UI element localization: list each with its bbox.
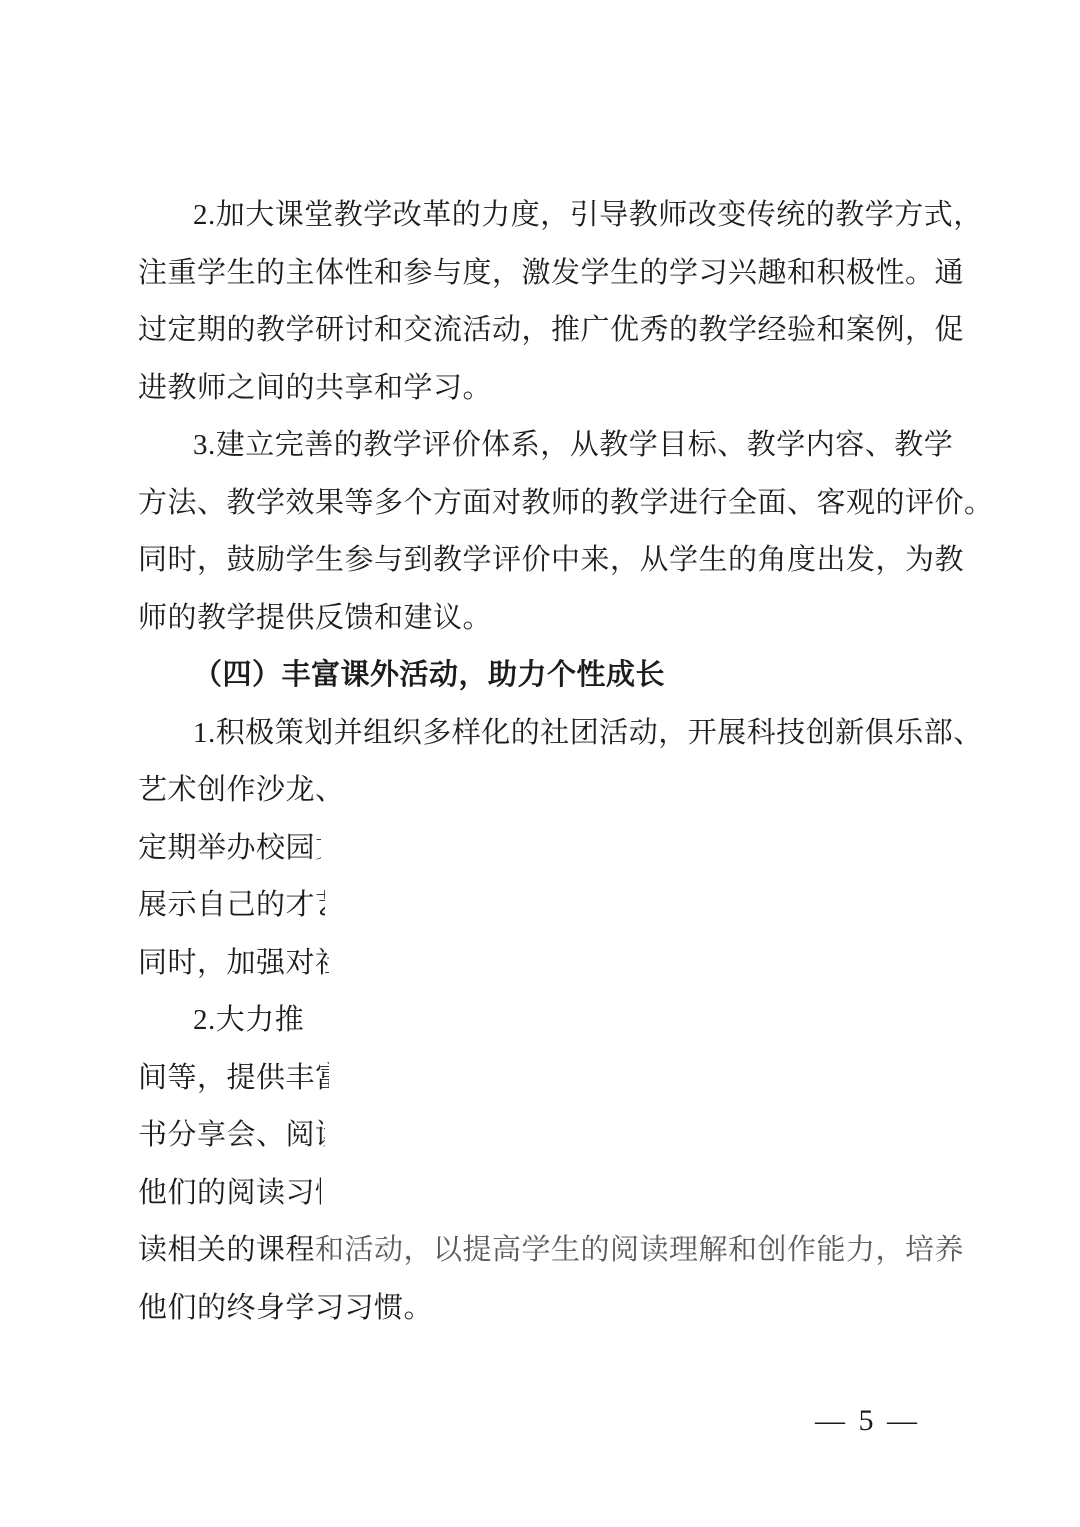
text-line: 他们的终身学习习惯。 bbox=[138, 1280, 983, 1338]
text-line: 2.加大课堂教学改革的力度，引导教师改变传统的教学方式， bbox=[138, 187, 983, 245]
clipped-character: 艺 bbox=[315, 877, 325, 935]
line-text: 展示自己的才 bbox=[138, 889, 315, 921]
text-block: 2.加大课堂教学改革的力度，引导教师改变传统的教学方式， 注重学生的主体性和参与… bbox=[138, 187, 983, 1337]
line-text: 他们的阅读习 bbox=[138, 1177, 315, 1209]
clipped-character: 文 bbox=[315, 820, 321, 878]
text-line: 进教师之间的共享和学习。 bbox=[138, 360, 983, 418]
text-line-truncated: 书分享会、阅读 bbox=[138, 1107, 983, 1165]
text-line: 师的教学提供反馈和建议。 bbox=[138, 590, 983, 648]
text-line-truncated: 艺术创作沙龙、 bbox=[138, 762, 983, 820]
document-page: 2.加大课堂教学改革的力度，引导教师改变传统的教学方式， 注重学生的主体性和参与… bbox=[0, 0, 1080, 1527]
line-text: 间等，提供丰 bbox=[138, 1062, 315, 1094]
text-line-truncated: 间等，提供丰富 bbox=[138, 1050, 983, 1108]
text-line-truncated: 定期举办校园文 bbox=[138, 820, 983, 878]
page-number: — 5 — bbox=[815, 1396, 920, 1446]
text-line: 注重学生的主体性和参与度，激发学生的学习兴趣和积极性。通 bbox=[138, 245, 983, 303]
line-text: 书分享会、阅 bbox=[138, 1119, 315, 1151]
text-line-truncated: 同时，加强对社 bbox=[138, 935, 983, 993]
text-line: 3.建立完善的教学评价体系，从教学目标、教学内容、教学 bbox=[138, 417, 983, 475]
text-line: 读相关的课程和活动，以提高学生的阅读理解和创作能力，培养 bbox=[138, 1222, 983, 1280]
line-text: 同时，加强对 bbox=[138, 947, 315, 979]
line-text: 定期举办校园 bbox=[138, 832, 315, 864]
faded-line-text: 和活动，以提高学生的阅读理解和创作能力，培养 bbox=[315, 1234, 964, 1266]
clipped-character: 富 bbox=[315, 1050, 329, 1108]
line-text: 2.大力推 bbox=[193, 1004, 304, 1036]
text-line: 同时，鼓励学生参与到教学评价中来，从学生的角度出发，为教 bbox=[138, 532, 983, 590]
line-text: 读相关的课程 bbox=[138, 1234, 315, 1266]
clipped-character: 读 bbox=[315, 1107, 325, 1165]
section-heading: （四）丰富课外活动，助力个性成长 bbox=[138, 647, 983, 705]
text-line: 过定期的教学研讨和交流活动，推广优秀的教学经验和案例，促 bbox=[138, 302, 983, 360]
text-line: 1.积极策划并组织多样化的社团活动，开展科技创新俱乐部、 bbox=[138, 705, 983, 763]
clipped-character: 社 bbox=[315, 935, 329, 993]
text-line: 方法、教学效果等多个方面对教师的教学进行全面、客观的评价。 bbox=[138, 475, 983, 533]
text-line-truncated: 他们的阅读习惯 bbox=[138, 1165, 983, 1223]
text-line-truncated: 2.大力推广 bbox=[138, 992, 983, 1050]
clipped-character: 惯 bbox=[315, 1165, 321, 1223]
clipped-character: 广 bbox=[304, 992, 314, 1050]
text-line-truncated: 展示自己的才艺 bbox=[138, 877, 983, 935]
